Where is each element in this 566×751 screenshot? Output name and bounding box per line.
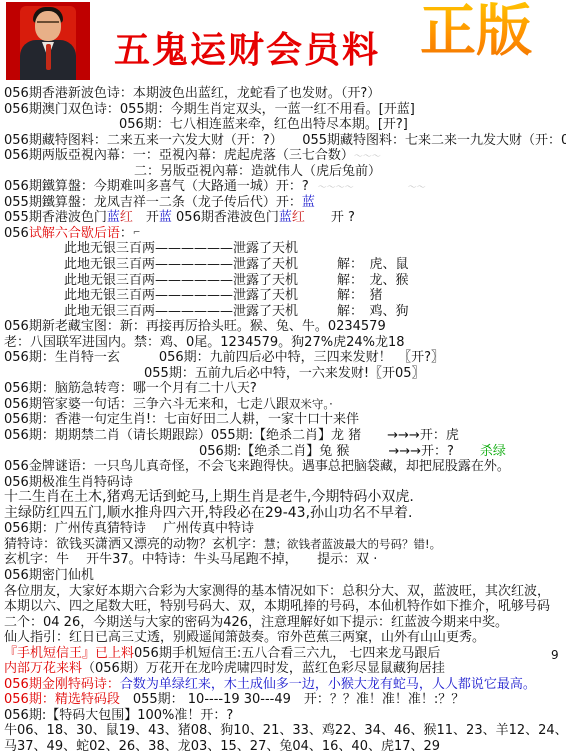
portrait-tie: [46, 44, 51, 70]
text-line: 此地无银三百两——————泄露了天机 解： 鸡、狗: [64, 304, 564, 320]
text-line: 内部万花来料（056期）万花开在龙吟虎啸四时发，蓝红色彩尽显鼠藏狗居挂: [4, 661, 564, 677]
text-segment: 056金牌谜语：一只鸟儿真奇怪，不会飞来跑得快。遇事总把脑袋藏，却把屁股露在外。: [4, 459, 510, 474]
text-segment: 红: [292, 210, 305, 225]
text-segment: 各位朋友，大家好本期六合彩为大家测得的基本情况如下：总积分大、双，蓝波旺，其次红…: [4, 584, 550, 599]
text-segment: ：: [120, 226, 133, 241]
text-line: 055期：五前九后必中特，一六来发财!〖开05〗: [144, 366, 564, 382]
text-segment: 合数为单绿红来，木土成仙多一边，小猴大龙有蛇马，人人都说它最高。: [120, 677, 536, 692]
text-segment: 仙人指引：红日已高三丈透，别殿遥闻箫鼓奏。帘外芭蕉三两窠，山外有山山更秀。: [4, 630, 485, 645]
text-segment: 开 ?: [305, 210, 355, 225]
text-segment: 056期香港新波色诗：本期波色出蓝红，龙蛇看了也发财。（开?）: [4, 86, 380, 101]
text-segment: 蓝: [107, 210, 120, 225]
portrait-glasses: [37, 21, 59, 28]
text-segment: ⌐: [133, 228, 141, 238]
text-line: 056期：脑筋急转弯：哪一个月有二十八天?: [4, 381, 564, 397]
text-segment: 解： 龙、猴: [298, 273, 409, 288]
text-segment: 十二生肖在土木,猪鸡无话到蛇马,上期生肖是老牛,今期特码小双虎.: [4, 489, 414, 505]
text-line: 056期鐵算盤：今期难叫多喜气（大路通一城）开：? 〜〜〜〜 〜〜: [4, 179, 564, 195]
text-segment: 老：八国联军进国内。禁：鸡、0尾。1234579。狗27%虎24%龙18: [4, 335, 405, 350]
text-segment: 056期:【绝杀二肖】兔 猴 →→→开：?: [199, 444, 480, 459]
text-segment: 056期新老藏宝图：新：再接再厉拾头旺。猴、兔、牛。0234579: [4, 319, 386, 334]
text-segment: 杀绿: [480, 444, 506, 459]
text-segment: 蓝: [159, 210, 172, 225]
text-line: 056期:【特码大包围】100%准！开：?: [4, 708, 564, 724]
text-segment: 二个：04 26，今期送与大家的密码为426，注意理解好如下提示：红蓝波今期来中…: [4, 615, 508, 630]
text-segment: 玄机字：牛 开牛37。中特诗：牛头马尾跑不掉， 提示：双 ·: [4, 552, 377, 567]
text-segment: 056期：香港一句定生肖!：七亩好田二人耕，一家十口十来伴: [4, 412, 359, 427]
text-line: 『手机短信王』已上料056期手机短信王:五八合看三六九， 七四来龙马跟后: [4, 646, 564, 662]
text-segment: 055期：五前九后必中特，一六来发财!〖开05〗: [144, 366, 425, 381]
text-line: 056期两版亞視內幕：一：亞視內幕：虎起虎落（三七合数）〜〜〜: [4, 148, 564, 164]
text-segment: 试解六合歇后语: [29, 226, 120, 241]
text-segment: 056: [4, 226, 29, 241]
text-segment: 056期两版亞視內幕：一：亞視內幕：虎起虎落（三七合数）: [4, 148, 354, 163]
text-line: 猜特诗：欲钱买潇洒又漂亮的动物？玄机字：慧；欲钱者蓝波最大的号码？错!。: [4, 537, 564, 553]
text-line: 056金牌谜语：一只鸟儿真奇怪，不会飞来跑得快。遇事总把脑袋藏，却把屁股露在外。: [4, 459, 564, 475]
text-segment: 〜〜: [354, 183, 426, 193]
text-segment: 马37、49、蛇02、26、38、龙03、15、27、兔04、16、40、虎17…: [4, 739, 440, 751]
text-segment: 055期鐵算盤：龙凤吉祥一二条（龙子传后代）开：: [4, 195, 302, 210]
text-segment: 此地无银三百两——————泄露了天机: [64, 304, 298, 319]
text-line: 此地无银三百两——————泄露了天机 解： 龙、猴: [64, 273, 564, 289]
text-segment: 056期密门仙机: [4, 568, 94, 583]
text-segment: 开: [133, 210, 159, 225]
text-segment: 056期金刚特码诗：: [4, 677, 120, 692]
text-line: 此地无银三百两——————泄露了天机 解： 虎、鼠: [64, 257, 564, 273]
text-line: 055期鐵算盤：龙凤吉祥一二条（龙子传后代）开：蓝: [4, 195, 564, 211]
text-segment: 056期：广州传真猜特诗 广州传真中特诗: [4, 521, 254, 536]
text-segment: 慧；欲钱者蓝波最大的号码？错!。: [264, 537, 441, 551]
text-segment: 056期管家婆一句话：三争六斗无来和，七走八跟: [4, 397, 289, 412]
text-segment: 红: [120, 210, 133, 225]
text-segment: 056期澳门双色诗：055期：今期生肖定双头，一蓝一红不用看。[开蓝]: [4, 102, 415, 117]
text-segment: 本期以六、四之尾数大旺，特别号码大、双，本期吼捧的号码，本仙机特作如下推介，吼够…: [4, 599, 550, 614]
text-segment: 解： 猪: [298, 288, 383, 303]
text-segment: （056期）万花开在龙吟虎啸四时发，蓝红色彩尽显鼠藏狗居挂: [82, 661, 445, 676]
text-line: 056期：广州传真猜特诗 广州传真中特诗: [4, 521, 564, 537]
text-line: 056期：香港一句定生肖!：七亩好田二人耕，一家十口十来伴: [4, 412, 564, 428]
text-line: 056期：生肖特一玄 056期：九前四后必中特，三四来发财！ 〖开?〗: [4, 350, 564, 366]
text-line: 二个：04 26，今期送与大家的密码为426，注意理解好如下提示：红蓝波今期来中…: [4, 615, 564, 631]
text-segment: 猜特诗：欲钱买潇洒又漂亮的动物？玄机字：: [4, 537, 264, 552]
text-segment: 〜〜〜: [354, 152, 381, 162]
text-line: 各位朋友，大家好本期六合彩为大家测得的基本情况如下：总积分大、双，蓝波旺，其次红…: [4, 584, 564, 600]
text-segment: 『手机短信王』已上料: [4, 646, 134, 661]
authentic-badge: 正版: [420, 0, 562, 66]
text-line: 056期金刚特码诗：合数为单绿红来，木土成仙多一边，小猴大龙有蛇马，人人都说它最…: [4, 677, 564, 693]
text-segment: 此地无银三百两——————泄露了天机: [64, 241, 298, 256]
text-segment: 056期:【特码大包围】100%准！开：?: [4, 708, 233, 723]
text-segment: 〜〜〜〜: [309, 183, 354, 193]
text-segment: 056期：精选特码段: [4, 692, 120, 707]
text-line: 老：八国联军进国内。禁：鸡、0尾。1234579。狗27%虎24%龙18: [4, 335, 564, 351]
text-line: 056试解六合歇后语：⌐: [4, 226, 564, 242]
text-segment: 二：另版亞視內幕：造就伟人（虎后兔前）: [134, 164, 381, 179]
text-segment: 056期香港波色门: [172, 210, 279, 225]
text-line: 此地无银三百两——————泄露了天机 解： 猪: [64, 288, 564, 304]
text-line: 056期：期期禁二肖（请长期跟踪）055期:【绝杀二肖】龙 猪 →→→开：虎: [4, 428, 564, 444]
text-segment: 牛06、18、30、鼠19、43、猪08、狗10、21、33、鸡22、34、46…: [4, 723, 566, 738]
text-segment: 此地无银三百两——————泄露了天机: [64, 273, 298, 288]
text-segment: 056期：生肖特一玄 056期：九前四后必中特，三四来发财！ 〖开?〗: [4, 350, 444, 365]
page-title: 五鬼运财会员料: [114, 22, 394, 73]
text-line: 056期新老藏宝图：新：再接再厉拾头旺。猴、兔、牛。0234579: [4, 319, 564, 335]
text-segment: 内部万花来料: [4, 661, 82, 676]
text-segment: 蓝: [302, 195, 315, 210]
text-segment: 解： 虎、鼠: [298, 257, 409, 272]
text-segment: 056期手机短信王:五八合看三六九， 七四来龙马跟后: [134, 646, 440, 661]
text-line: 056期香港新波色诗：本期波色出蓝红，龙蛇看了也发财。（开?）: [4, 86, 564, 102]
text-segment: 解： 鸡、狗: [298, 304, 409, 319]
text-line: 此地无银三百两——————泄露了天机: [64, 241, 564, 257]
text-line: 仙人指引：红日已高三丈透，别殿遥闻箫鼓奏。帘外芭蕉三两窠，山外有山山更秀。: [4, 630, 564, 646]
text-segment: 056期：脑筋急转弯：哪一个月有二十八天?: [4, 381, 257, 396]
text-segment: 056期鐵算盤：今期难叫多喜气（大路通一城）开：?: [4, 179, 309, 194]
text-line: 056期：精选特码段 055期： 10----19 30---49 开：？？准！…: [4, 692, 564, 708]
portrait-photo: [6, 2, 90, 80]
text-line: 056期藏特图料：二来五来一六发大财（开：?） 055期藏特图料：七来二来一九发…: [4, 133, 564, 149]
text-line: 055期香港波色门蓝红 开蓝 056期香港波色门蓝红 开 ?: [4, 210, 564, 226]
text-line: 056期极准生肖特码诗: [4, 475, 564, 491]
text-line: 056期管家婆一句话：三争六斗无来和，七走八跟双米守。·: [4, 397, 564, 413]
text-line: 主绿防红四五门,顺水推舟四六开,特段必在29-43,孙山功名不早着.: [4, 506, 564, 522]
text-line: 本期以六、四之尾数大旺，特别号码大、双，本期吼捧的号码，本仙机特作如下推介，吼够…: [4, 599, 564, 615]
text-segment: 蓝: [279, 210, 292, 225]
text-segment: 双米守。·: [289, 397, 333, 411]
text-line: 056期澳门双色诗：055期：今期生肖定双头，一蓝一红不用看。[开蓝]: [4, 102, 564, 118]
text-line: 马37、49、蛇02、26、38、龙03、15、27、兔04、16、40、虎17…: [4, 739, 564, 751]
text-segment: 056期极准生肖特码诗: [4, 475, 133, 490]
text-line: 牛06、18、30、鼠19、43、猪08、狗10、21、33、鸡22、34、46…: [4, 723, 564, 739]
text-line: 056期:【绝杀二肖】兔 猴 →→→开：? 杀绿: [199, 444, 564, 460]
text-segment: 此地无银三百两——————泄露了天机: [64, 288, 298, 303]
text-segment: 055期香港波色门: [4, 210, 107, 225]
text-line: 十二生肖在土木,猪鸡无话到蛇马,上期生肖是老牛,今期特码小双虎.: [4, 490, 564, 506]
text-segment: 056期：期期禁二肖（请长期跟踪）055期:【绝杀二肖】龙 猪 →→→开：虎: [4, 428, 459, 443]
text-line: 056期：七八相连蓝来牵，红色出特尽本期。[开?]: [119, 117, 564, 133]
text-segment: 056期藏特图料：二来五来一六发大财（开：?） 055期藏特图料：七来二来一九发…: [4, 133, 566, 148]
text-segment: 此地无银三百两——————泄露了天机: [64, 257, 298, 272]
text-segment: 055期： 10----19 30---49 开：？？准！准！准！:？？: [120, 692, 464, 707]
text-line: 二：另版亞視內幕：造就伟人（虎后兔前）: [134, 164, 564, 180]
text-segment: 主绿防红四五门,顺水推舟四六开,特段必在29-43,孙山功名不早着.: [4, 505, 412, 521]
page-number: 9: [551, 648, 559, 662]
document-lines: 056期香港新波色诗：本期波色出蓝红，龙蛇看了也发财。（开?）056期澳门双色诗…: [4, 86, 564, 751]
text-line: 玄机字：牛 开牛37。中特诗：牛头马尾跑不掉， 提示：双 ·: [4, 552, 564, 568]
text-segment: 056期：七八相连蓝来牵，红色出特尽本期。[开?]: [119, 117, 408, 132]
text-line: 056期密门仙机: [4, 568, 564, 584]
